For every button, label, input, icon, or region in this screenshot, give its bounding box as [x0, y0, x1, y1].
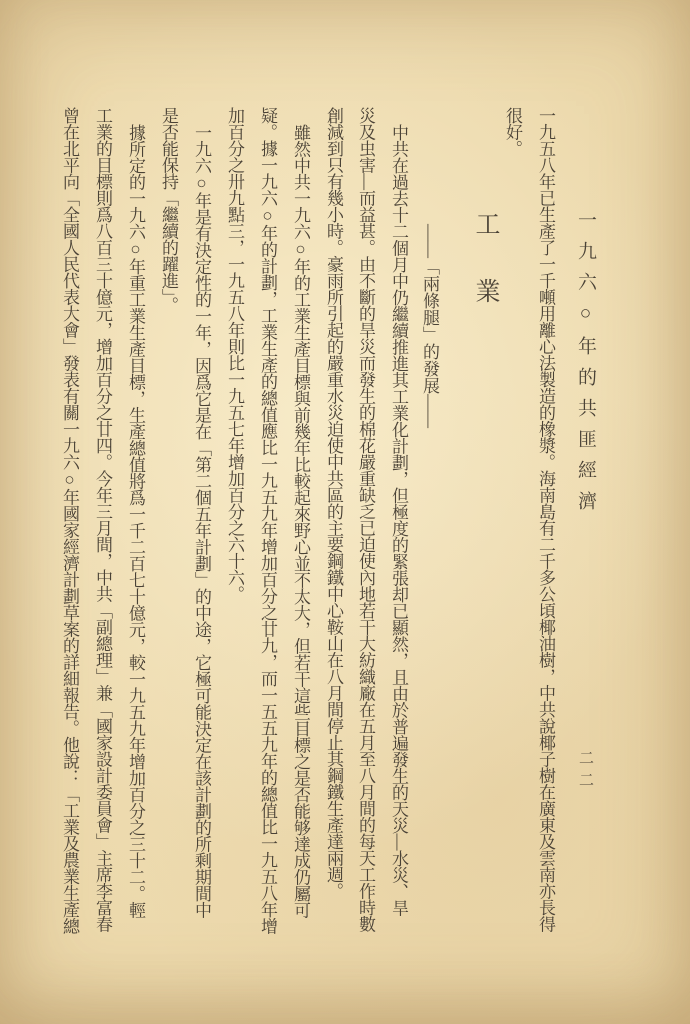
- text-column: 雖然中共一九六○年的工業生產目標與前幾年比較起來野心並不太大，但若干這些目標之是…: [285, 107, 315, 964]
- text-column: 曾在北平向「全國人民代表大會」發表有關一九六○年國家經濟計劃草案的詳細報告。他說…: [54, 107, 84, 947]
- page-number: 二二: [570, 750, 600, 794]
- text-column: 一九五八年已生產了一千噸用離心法製造的橡漿。海南島有二千多公頃椰油樹，中共說椰子…: [530, 107, 560, 947]
- text-column: 疑。據一九六○年的計劃，工業生產的總值應比一九五九年增加百分之廿九，而一五五九年…: [252, 107, 282, 947]
- text-column: 創減到只有幾小時。豪雨所引起的嚴重水災迫使中共區的主要鋼鐵中心鞍山在八月間停止其…: [318, 107, 348, 947]
- section-heading: 工業: [468, 211, 502, 345]
- text-column: 災及虫害—而益甚。由不斷的旱災而發生的棉花嚴重缺乏已迫使內地若干大紡織廠在五月至…: [350, 107, 380, 947]
- running-title: 一九六○年的共匪經濟: [570, 210, 600, 522]
- text-column: 加百分之卅九點三，一九五八年則比一九五七年增加百分之六十六。: [219, 107, 249, 947]
- text-column: 是否能保持「繼續的躍進」。: [153, 107, 183, 947]
- document-page: 一九六○年的共匪經濟 二二 一九五八年已生產了一千噸用離心法製造的橡漿。海南島有…: [0, 0, 690, 1024]
- text-column: 據所定的一九六○年重工業生產目標，生產總值將爲一千二百七十億元，較一九五九年增加…: [120, 107, 150, 964]
- text-column: 一九六○年是有決定性的一年，因爲它是在「第二個五年計劃」的中途，它極可能決定在該…: [186, 107, 216, 964]
- text-column: 工業的目標則爲八百三十億元，增加百分之廿四。今年三月間，中共「副總理」兼「國家設…: [87, 107, 117, 947]
- text-column: 中共在過去十二個月中仍繼續推進其工業化計劃，但極度的緊張却已顯然，且由於普遍發生…: [383, 107, 413, 964]
- section-subtitle: ——「兩條腿」的發展——: [414, 224, 444, 428]
